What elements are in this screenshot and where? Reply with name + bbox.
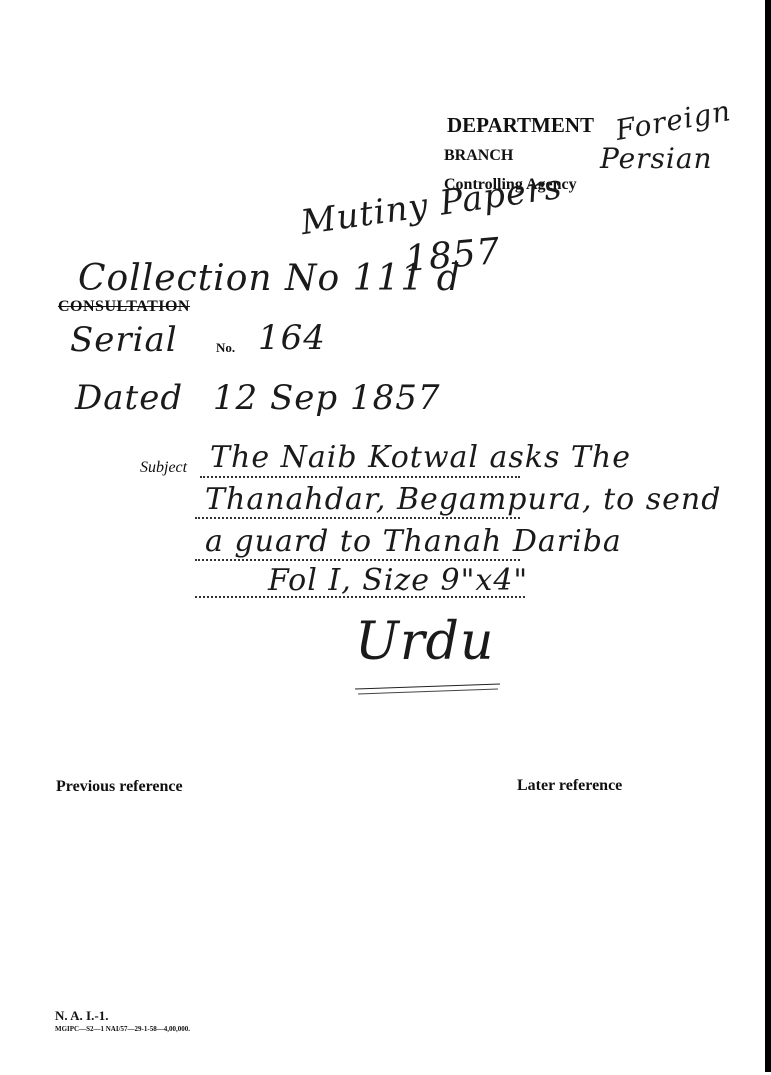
- consultation-label-struck: CONSULTATION: [58, 298, 190, 316]
- previous-reference-label: Previous reference: [56, 778, 183, 796]
- printer-imprint: MGIPC—S2—1 NAI/57—29-1-58—4,00,000.: [55, 1025, 190, 1033]
- collection-number: Collection No 111 d: [78, 258, 461, 299]
- form-number: N. A. I.-1.: [55, 1008, 108, 1024]
- subject-line: Fol I, Size 9"x4": [268, 563, 528, 598]
- dated-label: Dated: [75, 378, 183, 418]
- later-reference-label: Later reference: [517, 777, 622, 795]
- branch-label: BRANCH: [444, 147, 513, 165]
- language-underline: [358, 689, 498, 695]
- document-page: DEPARTMENT Foreign BRANCH Persian Contro…: [0, 0, 771, 1075]
- department-value: Foreign: [613, 94, 734, 147]
- serial-label: Serial: [70, 320, 178, 360]
- subject-line: The Naib Kotwal asks The: [210, 440, 631, 475]
- serial-no-label: No.: [216, 340, 235, 356]
- dated-value: 12 Sep 1857: [213, 378, 441, 418]
- language-annotation: Urdu: [355, 612, 494, 672]
- department-label: DEPARTMENT: [447, 113, 594, 138]
- dated-field: Dated 12 Sep 1857: [75, 378, 441, 418]
- serial-number: 164: [258, 318, 326, 358]
- subject-line: Thanahdar, Begampura, to send: [205, 482, 721, 517]
- subject-line: a guard to Thanah Dariba: [205, 524, 622, 559]
- controlling-agency-value: Mutiny Papers: [298, 167, 564, 243]
- subject-label: Subject: [140, 459, 187, 477]
- scan-edge-border: [765, 0, 771, 1072]
- branch-value: Persian: [600, 142, 713, 175]
